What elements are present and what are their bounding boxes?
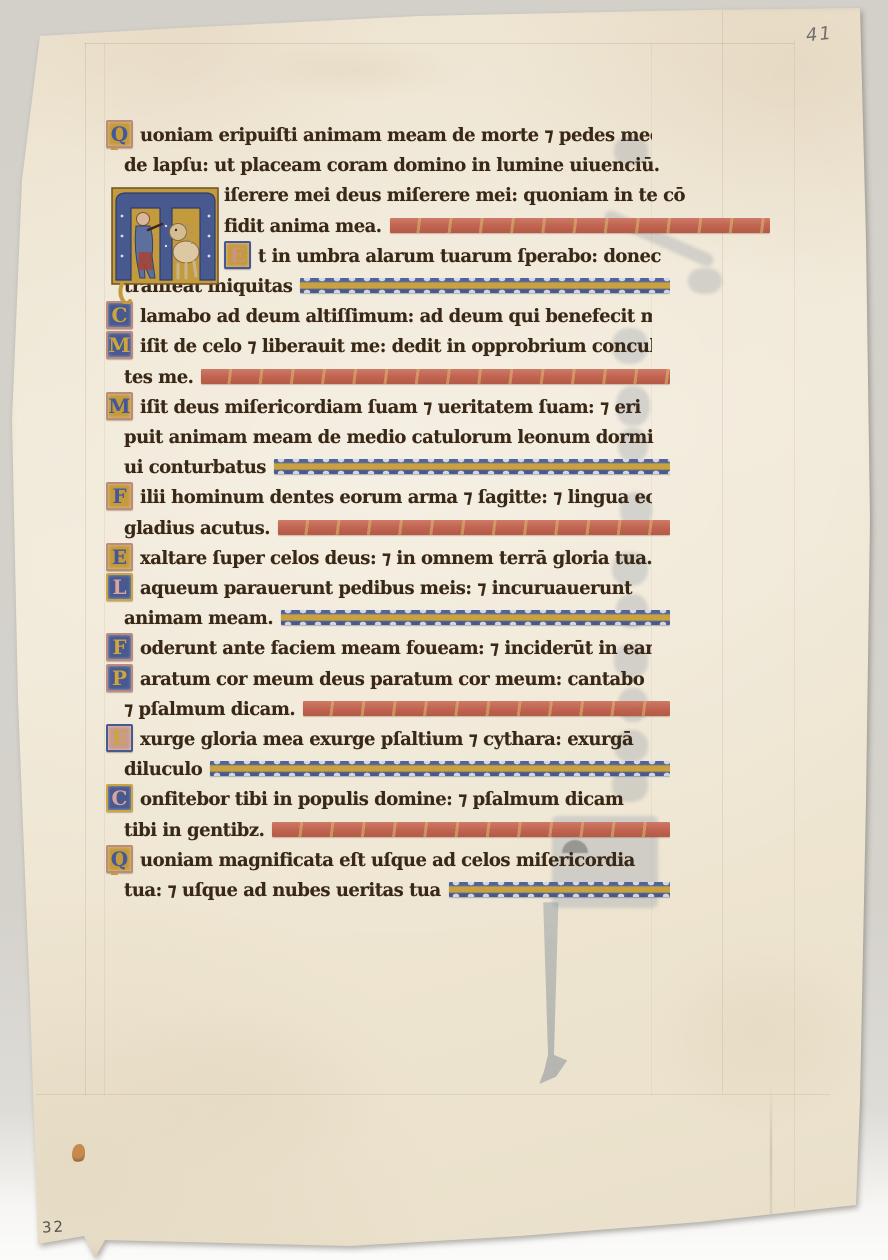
text-line: diluculo [106, 754, 670, 784]
ruling-line-far-right [794, 40, 795, 1208]
leaf-shadow-wrapper: Quoniam eripuiſti animam meam de morte ⁊… [0, 0, 888, 1260]
text-line: Filii hominum dentes eorum arma ⁊ ſagitt… [106, 482, 652, 512]
line-text: puit animam meam de medio catulorum leon… [124, 422, 653, 452]
line-filler-blue [281, 610, 670, 625]
text-line: animam meam. [106, 603, 670, 633]
line-text: tibi in gentibz. [124, 815, 264, 845]
line-text: iſit de celo ⁊ liberauit me: dedit in op… [140, 331, 652, 361]
verse-initial: F [106, 482, 133, 510]
text-line: tua: ⁊ uſque ad nubes ueritas tua [106, 875, 670, 905]
verse-initial: M [106, 392, 133, 420]
line-text: t in umbra alarum tuarum ſperabo: donec [258, 241, 661, 271]
line-text: lamabo ad deum altiſſimum: ad deum qui b… [140, 301, 652, 331]
verse-initial: E [106, 724, 133, 752]
text-line: Clamabo ad deum altiſſimum: ad deum qui … [106, 301, 652, 331]
text-line: puit animam meam de medio catulorum leon… [106, 422, 670, 452]
verse-initial: E [106, 543, 133, 571]
line-text: iſit deus miſericordiam ſuam ⁊ ueritatem… [140, 392, 641, 422]
text-line: Paratum cor meum deus paratum cor meum: … [106, 664, 652, 694]
line-filler-red [278, 520, 670, 535]
line-filler-red [303, 701, 670, 716]
dirt-speck [53, 17, 56, 20]
verse-initial: M [106, 331, 133, 359]
line-text: xurge gloria mea exurge pſaltium ⁊ cytha… [140, 724, 633, 754]
line-text: oderunt ante faciem meam foueam: ⁊ incid… [140, 633, 652, 663]
ruling-line-margin-right [722, 10, 723, 1094]
line-text: diluculo [124, 754, 202, 784]
text-line: ui conturbatus [106, 452, 670, 482]
text-line: Confitebor tibi in populis domine: ⁊ pſa… [106, 784, 652, 814]
line-text: ui conturbatus [124, 452, 266, 482]
line-text: fidit anima mea. [224, 211, 382, 241]
line-text: tes me. [124, 362, 193, 392]
line-filler-red [272, 822, 670, 837]
text-line: Laqueum parauerunt pedibus meis: ⁊ incur… [106, 573, 652, 603]
parchment-crease [770, 1085, 772, 1215]
brown-stain [72, 1144, 85, 1163]
verse-initial: L [106, 573, 133, 601]
text-line: ⁊ pſalmum dicam. [106, 694, 670, 724]
verse-initial: Q [106, 120, 133, 148]
text-line: de lapſu: ut placeam coram domino in lum… [106, 150, 670, 180]
verse-initial: F [106, 633, 133, 661]
ruling-line-left-inner [104, 43, 105, 1095]
ruling-line-left-outer [85, 43, 86, 1095]
line-text: iſerere mei deus miſerere mei: quoniam i… [224, 180, 685, 210]
ruling-line-top [84, 43, 794, 44]
text-line: Miſit de celo ⁊ liberauit me: dedit in o… [106, 331, 652, 361]
line-filler-blue [300, 278, 670, 293]
parchment-blotch [90, 1000, 390, 1180]
parchment-blotch [250, 40, 470, 100]
leaf-number: 32 [42, 1217, 66, 1236]
offset-ghost-descender [532, 902, 572, 1084]
text-line: Quoniam eripuiſti animam meam de morte ⁊… [106, 120, 652, 150]
line-text: de lapſu: ut placeam coram domino in lum… [124, 150, 660, 180]
text-line: Exaltare ſuper celos deus: ⁊ in omnem te… [106, 543, 652, 573]
text-line: tibi in gentibz. [106, 815, 670, 845]
line-filler-blue [274, 459, 670, 474]
line-text: animam meam. [124, 603, 273, 633]
folio-number: 41 [805, 23, 834, 47]
text-line: Foderunt ante faciem meam foueam: ⁊ inci… [106, 633, 652, 663]
verse-initial: C [106, 784, 133, 812]
photograph-of-manuscript-leaf: Quoniam eripuiſti animam meam de morte ⁊… [0, 0, 888, 1260]
historiated-initial-m [110, 186, 222, 304]
ruling-line-bottom [36, 1094, 830, 1095]
line-text: uoniam magnificata eſt uſque ad celos mi… [140, 845, 635, 875]
text-line: gladius acutus. [106, 513, 670, 543]
line-text: ⁊ pſalmum dicam. [124, 694, 295, 724]
line-text: gladius acutus. [124, 513, 270, 543]
line-filler-blue [210, 761, 670, 776]
line-text: ilii hominum dentes eorum arma ⁊ ſagitte… [140, 482, 652, 512]
line-filler-blue [449, 882, 670, 897]
text-line: Quoniam magnificata eſt uſque ad celos m… [106, 845, 652, 875]
verse-initial: P [106, 664, 133, 692]
verse-initial: E [224, 241, 251, 269]
line-filler-red [201, 369, 670, 384]
line-text: onfitebor tibi in populis domine: ⁊ pſal… [140, 784, 623, 814]
line-text: aqueum parauerunt pedibus meis: ⁊ incuru… [140, 573, 632, 603]
line-filler-red [390, 218, 770, 233]
parchment-blotch [640, 930, 880, 1130]
line-text: uoniam eripuiſti animam meam de morte ⁊ … [140, 120, 652, 150]
text-line: Exurge gloria mea exurge pſaltium ⁊ cyth… [106, 724, 652, 754]
verse-initial: C [106, 301, 133, 329]
line-text: aratum cor meum deus paratum cor meum: c… [140, 664, 644, 694]
parchment-leaf: Quoniam eripuiſti animam meam de morte ⁊… [0, 0, 888, 1260]
offset-ghost-flourish-blob [688, 268, 722, 294]
text-line: Miſit deus miſericordiam ſuam ⁊ ueritate… [106, 392, 652, 422]
text-line: tes me. [106, 362, 670, 392]
line-text: tua: ⁊ uſque ad nubes ueritas tua [124, 875, 441, 905]
verse-initial: Q [106, 845, 133, 873]
line-text: xaltare ſuper celos deus: ⁊ in omnem ter… [140, 543, 652, 573]
